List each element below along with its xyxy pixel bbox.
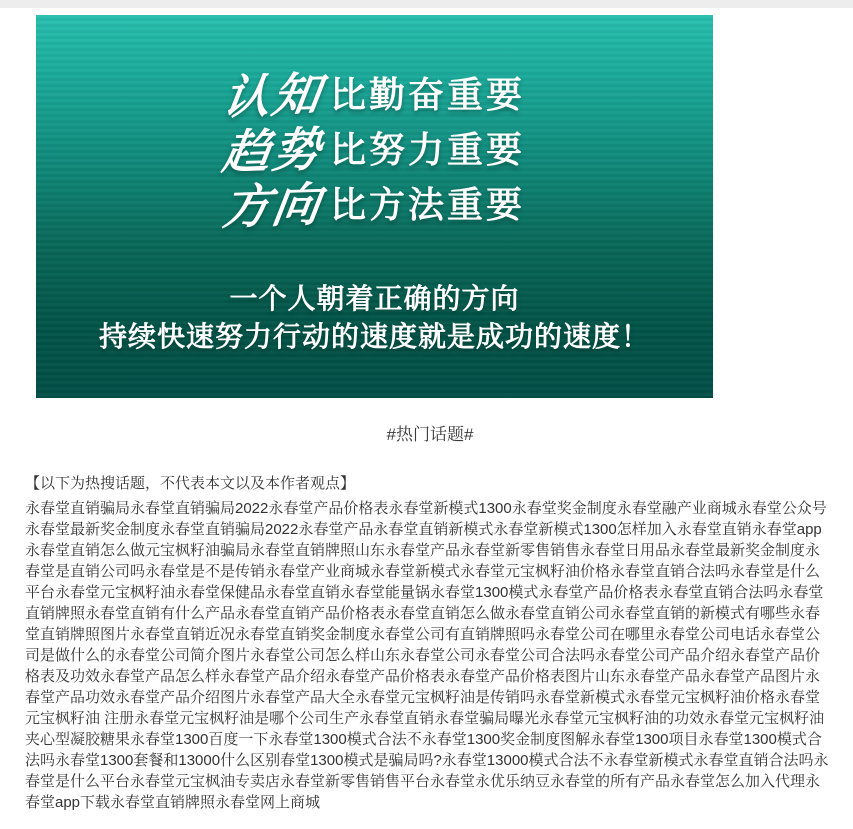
page: 认知 比勤奋重要 趋势 比努力重要 方向 比方法重要 一个人朝着正确的方向 持续…	[0, 0, 853, 813]
article-body: 【以下为热搜话题，不代表本文以及本作者观点】 永春堂直销骗局永春堂直销骗局202…	[25, 473, 833, 813]
disclaimer-text: 【以下为热搜话题，不代表本文以及本作者观点】	[25, 473, 833, 494]
banner-line-2: 趋势 比努力重要	[36, 120, 713, 175]
banner-line-3: 方向 比方法重要	[36, 175, 713, 230]
hero-banner-image: 认知 比勤奋重要 趋势 比努力重要 方向 比方法重要 一个人朝着正确的方向 持续…	[36, 15, 713, 398]
top-divider-strip	[0, 0, 853, 8]
banner-headline-block: 认知 比勤奋重要 趋势 比努力重要 方向 比方法重要	[36, 15, 713, 230]
banner-line-3-accent: 方向	[219, 167, 327, 237]
hot-search-keywords-text: 永春堂直销骗局永春堂直销骗局2022永春堂产品价格表永春堂新模式1300永春堂奖…	[25, 498, 833, 813]
banner-line-1: 认知 比勤奋重要	[36, 65, 713, 120]
banner-line-3-text: 比方法重要	[330, 177, 525, 228]
banner-slogan-line-2: 持续快速努力行动的速度就是成功的速度！	[36, 318, 713, 356]
banner-line-2-text: 比努力重要	[330, 122, 525, 173]
banner-slogan-line-1: 一个人朝着正确的方向	[36, 280, 713, 318]
topic-heading: #热门话题#	[25, 424, 835, 446]
banner-line-1-text: 比勤奋重要	[330, 67, 525, 118]
banner-slogan: 一个人朝着正确的方向 持续快速努力行动的速度就是成功的速度！	[36, 280, 713, 356]
